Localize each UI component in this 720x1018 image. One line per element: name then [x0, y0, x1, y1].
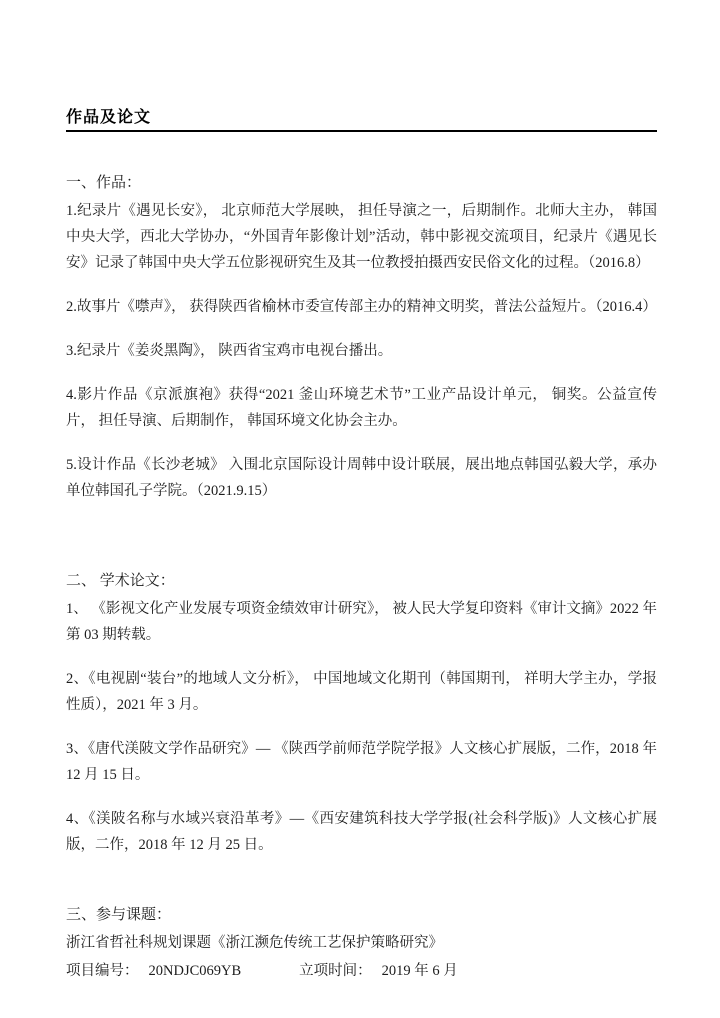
project-number-label: 项目编号：: [66, 963, 139, 979]
project-meta-line: 项目编号：20NDJC069YB立项时间：2019 年 6 月: [66, 958, 657, 984]
section-projects-heading: 三、参与课题：: [66, 902, 657, 928]
project-title-line: 浙江省哲社科规划课题《浙江濒危传统工艺保护策略研究》: [66, 930, 657, 956]
paper-item-4: 4、《渼陂名称与水域兴衰沿革考》—《西安建筑科技大学学报(社会科学版)》人文核心…: [66, 806, 657, 858]
work-item-3: 3.纪录片《姜炎黑陶》， 陕西省宝鸡市电视台播出。: [66, 338, 657, 364]
section-papers-heading: 二、 学术论文：: [66, 568, 657, 594]
work-item-1: 1.纪录片《遇见长安》， 北京师范大学展映， 担任导演之一，后期制作。北师大主办…: [66, 198, 657, 276]
work-item-5: 5.设计作品《长沙老城》 入围北京国际设计周韩中设计联展，展出地点韩国弘毅大学，…: [66, 452, 657, 504]
work-item-2: 2.故事片《噤声》， 获得陕西省榆林市委宣传部主办的精神文明奖，普法公益短片。（…: [66, 294, 657, 320]
paper-item-2: 2、《电视剧“装台”的地域人文分析》， 中国地域文化期刊（韩国期刊， 祥明大学主…: [66, 666, 657, 718]
title-underline-rule: 作品及论文: [66, 108, 657, 132]
section-works-heading: 一、作品：: [66, 170, 657, 196]
paper-item-3: 3、《唐代渼陂文学作品研究》— 《陕西学前师范学院学报》人文核心扩展版，二作，2…: [66, 736, 657, 788]
work-item-4: 4.影片作品《京派旗袍》获得“2021 釜山环境艺术节”工业产品设计单元， 铜奖…: [66, 382, 657, 434]
project-number-value: 20NDJC069YB: [149, 963, 242, 979]
start-date-value: 2019 年 6 月: [382, 963, 458, 979]
document-title: 作品及论文: [66, 108, 151, 132]
start-date-label: 立项时间：: [299, 963, 372, 979]
paper-item-1: 1、 《影视文化产业发展专项资金绩效审计研究》， 被人民大学复印资料《审计文摘》…: [66, 596, 657, 648]
document-page: 作品及论文 一、作品： 1.纪录片《遇见长安》， 北京师范大学展映， 担任导演之…: [0, 0, 720, 1018]
